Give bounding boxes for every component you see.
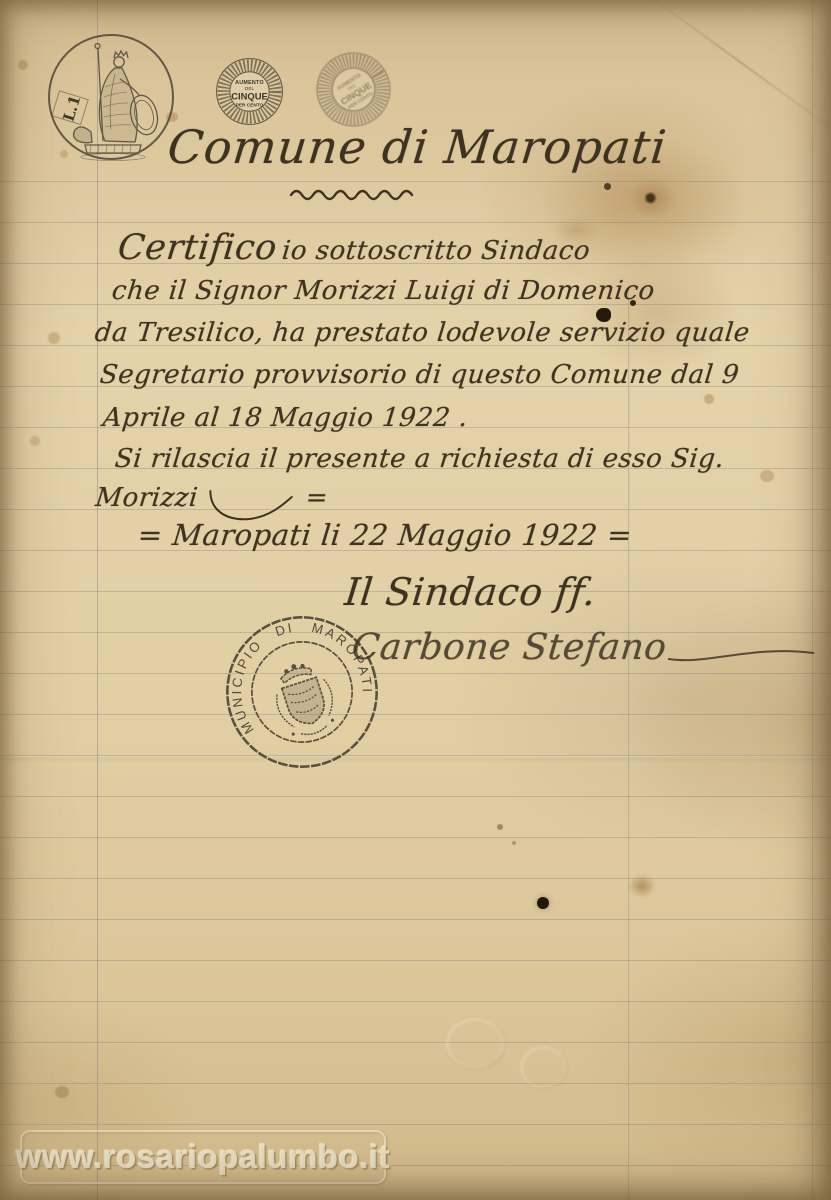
requester-suffix: =: [304, 483, 329, 513]
scanned-document-page: L.1 AUMENTO DEL CINQUE PER CENTO AUMENTO: [0, 0, 831, 1200]
revenue-denomination: L.1: [52, 91, 88, 125]
certifico-rest: io sottoscritto Sindaco: [281, 236, 592, 266]
vertical-fold-crease: [628, 290, 630, 1200]
signature-swash: [666, 643, 819, 667]
right-margin-line: [812, 0, 813, 1200]
dateline: = Maropati li 22 Maggio 1922 =: [136, 518, 634, 552]
horizontal-fold-crease: [0, 756, 831, 760]
stain: [18, 60, 28, 70]
document-title: Comune di Maropati: [165, 120, 669, 174]
signature-name: Carbone Stefano: [350, 627, 821, 668]
watermark-text: www.rosariopalumbo.it: [16, 1138, 390, 1176]
surcharge-stamp-primary: AUMENTO DEL CINQUE PER CENTO: [215, 57, 284, 126]
body-line: Aprile al 18 Maggio 1922 .: [101, 403, 469, 433]
signature-name-text: Carbone Stefano: [350, 627, 669, 668]
body-line: Segretario provvisorio di questo Comune …: [98, 360, 740, 390]
blind-emboss-mark: [520, 1046, 566, 1088]
revenue-denomination-text: L.1: [60, 93, 85, 123]
left-margin-line: [97, 0, 98, 1200]
surcharge-line3: CINQUE: [231, 91, 267, 101]
surcharge-line4: PER CENTO: [236, 102, 264, 108]
watermark: www.rosariopalumbo.it: [20, 1130, 386, 1184]
body-line-certifico: Certifico io sottoscritto Sindaco: [116, 228, 593, 268]
body-line: da Tresilico, ha prestato lodevole servi…: [93, 318, 751, 348]
surcharge-stamp-secondary: AUMENTO DEL CINQUE PER CENTO: [315, 51, 392, 128]
certifico-word: Certifico: [116, 228, 279, 268]
coat-of-arms-emblem: [267, 656, 342, 741]
municipal-stamp: MUNICIPIO DI MAROPATI: [222, 612, 382, 772]
body-line: che il Signor Morizzi Luigi di Domenico: [110, 276, 656, 306]
signature-role: Il Sindaco ff.: [343, 570, 599, 614]
body-line: Si rilascia il presente a richiesta di e…: [113, 444, 725, 474]
requester-name: Morizzi: [94, 483, 199, 513]
revenue-stamp: L.1: [45, 28, 177, 166]
title-underline-flourish: [288, 187, 420, 203]
surcharge-line1: AUMENTO: [235, 80, 264, 86]
corner-crease: [639, 0, 831, 137]
blind-emboss-mark: [446, 1018, 504, 1068]
